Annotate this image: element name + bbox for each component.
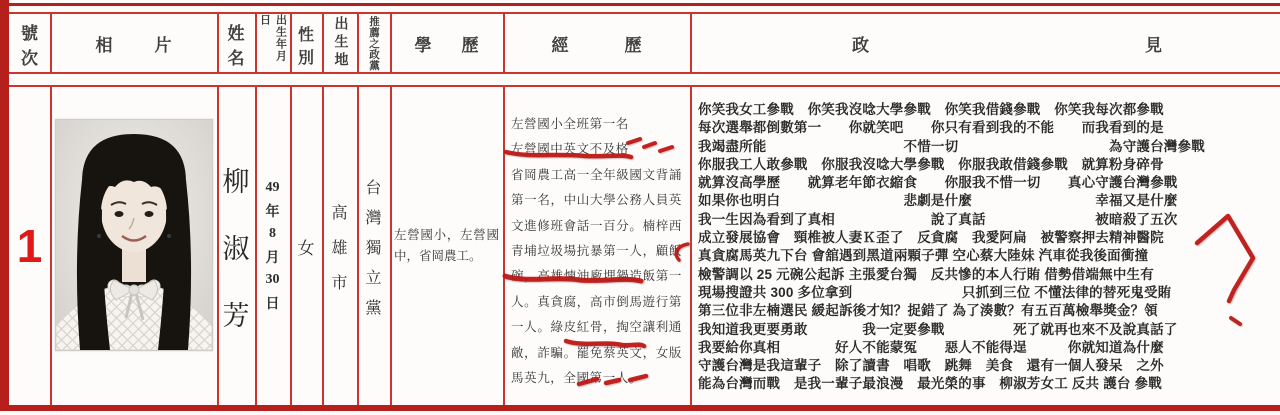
- header-platform-char: 政: [852, 31, 869, 56]
- party-char: 台: [365, 175, 381, 198]
- portrait-illustration: [56, 120, 212, 350]
- candidate-birthdate: 49 年 8 月 30 日: [255, 87, 290, 405]
- header-number-char: 號: [21, 19, 38, 44]
- header-education-char: 歷: [462, 31, 479, 56]
- candidate-gender-value: 女: [298, 234, 315, 259]
- party-char: 立: [365, 265, 381, 288]
- candidate-name-char: 芳: [223, 294, 250, 333]
- header-number-char: 次: [21, 44, 38, 69]
- candidate-education-text: 左營國小，左營國中，省岡農工。: [390, 225, 503, 267]
- election-bulletin-page: 號 次 相 片 姓 名 出生年月日 性 別 出生地 推薦之政黨 學 歷 經 歷 …: [0, 0, 1280, 415]
- header-party-label: 推薦之政黨: [366, 16, 381, 71]
- candidate-photo-cell: [50, 87, 217, 405]
- party-char: 獨: [365, 235, 381, 258]
- header-experience-char: 經: [552, 31, 569, 56]
- header-education-char: 學: [415, 31, 432, 56]
- header-platform: 政 見: [690, 14, 1280, 72]
- candidate-name-char: 柳: [223, 160, 250, 199]
- header-experience-char: 歷: [625, 31, 642, 56]
- birthdate-token: 30: [266, 272, 280, 288]
- candidate-experience-text: 左營國小全班第一名 左營國中英文不及格 省岡農工高一全年級國文背誦第一名，中山大…: [503, 87, 690, 405]
- header-experience: 經 歷: [503, 14, 690, 72]
- candidate-photo: [55, 119, 213, 351]
- header-gender-char: 別: [298, 45, 314, 68]
- birthdate-token: 月: [266, 247, 280, 267]
- birthplace-char: 市: [331, 270, 347, 293]
- header-name-char: 姓: [228, 19, 245, 44]
- header-number: 號 次: [9, 14, 50, 72]
- birthdate-token: 年: [266, 201, 280, 221]
- header-name: 姓 名: [217, 14, 255, 72]
- candidate-number-value: 1: [17, 219, 43, 273]
- birthplace-char: 高: [331, 200, 347, 223]
- header-birthplace: 出生地: [322, 14, 357, 72]
- birthdate-token: 日: [266, 293, 280, 313]
- candidate-platform-cell: 你笑我女工參戰 你笑我沒唸大學參戰 你笑我借錢參戰 你笑我每次都參戰 每次選舉都…: [690, 87, 1280, 405]
- header-photo-char: 片: [155, 31, 172, 56]
- birthdate-token: 49: [266, 180, 280, 196]
- table-left-border: [0, 0, 9, 409]
- header-bottom-rule: [9, 72, 1280, 74]
- header-education: 學 歷: [390, 14, 503, 72]
- header-party: 推薦之政黨: [357, 14, 390, 72]
- candidate-birthplace: 高 雄 市: [322, 87, 357, 405]
- candidate-number: 1: [9, 87, 50, 405]
- candidate-gender: 女: [290, 87, 322, 405]
- header-name-char: 名: [228, 44, 245, 69]
- header-gender-char: 性: [298, 22, 314, 45]
- party-char: 黨: [365, 295, 381, 318]
- candidate-platform-text: 你笑我女工參戰 你笑我沒唸大學參戰 你笑我借錢參戰 你笑我每次都參戰 每次選舉都…: [690, 87, 1280, 405]
- candidate-education-cell: 左營國小，左營國中，省岡農工。: [390, 87, 503, 405]
- header-birthdate-label: 出生年月日: [257, 14, 289, 72]
- birthdate-token: 8: [269, 226, 276, 242]
- table-bottom-border: [0, 405, 1280, 411]
- birthplace-char: 雄: [331, 235, 347, 258]
- header-platform-char: 見: [1145, 31, 1162, 56]
- candidate-name-char: 淑: [223, 227, 250, 266]
- table-top-border: [6, 3, 1280, 6]
- header-photo: 相 片: [50, 14, 217, 72]
- candidate-party: 台 灣 獨 立 黨: [357, 87, 390, 405]
- candidate-experience-cell: 左營國小全班第一名 左營國中英文不及格 省岡農工高一全年級國文背誦第一名，中山大…: [503, 87, 690, 405]
- header-birthplace-label: 出生地: [330, 16, 350, 70]
- candidate-name: 柳 淑 芳: [217, 87, 255, 405]
- header-photo-char: 相: [96, 31, 113, 56]
- party-char: 灣: [365, 205, 381, 228]
- header-gender: 性 別: [290, 14, 322, 72]
- header-birthdate: 出生年月日: [255, 14, 290, 72]
